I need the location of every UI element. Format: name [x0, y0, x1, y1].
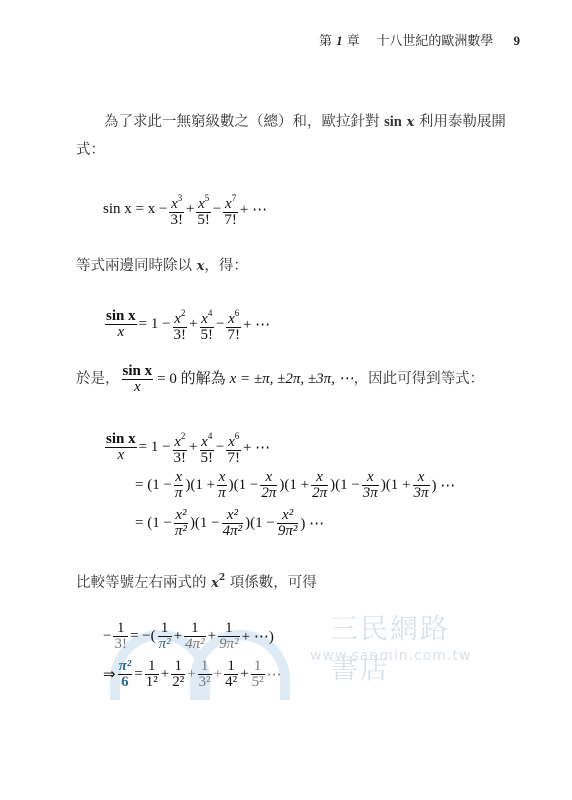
eq3-line-3: = (1 − x²π²)(1 − x²4π²)(1 − x²9π²) ⋯	[135, 504, 455, 542]
paragraph-1-line-1: 為了求此一無窮級數之（總）和，歐拉針對 sin x 利用泰勒展開	[104, 108, 506, 137]
chapter-number: 1	[336, 33, 343, 48]
watermark-text: 三民網路書店	[330, 607, 470, 687]
eq4-line-2: ⇒ π²6 = 11²+ 12²+ 13²+ 14²+ 15²⋯	[103, 655, 282, 693]
fraction: 15²	[251, 659, 265, 690]
equation-basel-result: − 13! = −( 1π²+ 14π²+ 19π²+ ⋯) ⇒ π²6 = 1…	[103, 617, 282, 693]
fraction-lhs: sin xx	[105, 432, 137, 463]
fraction: x55!	[196, 191, 211, 228]
chapter-title: 十八世紀的歐洲數學	[376, 34, 493, 49]
page-number: 9	[514, 33, 521, 48]
fraction: 11²	[145, 659, 159, 690]
text: 比較等號左右兩式的	[76, 575, 207, 591]
operator: −	[213, 201, 221, 218]
fraction: x45!	[200, 306, 215, 343]
eq-lhs: sin x = x −	[103, 201, 167, 218]
math-x: x	[211, 576, 219, 591]
operator: +	[186, 201, 194, 218]
operator: + ⋯	[240, 200, 267, 219]
watermark-url: www.sanmin.com.tw	[310, 648, 471, 664]
fraction: x3π	[362, 470, 379, 501]
equation-product-form: sin xx = 1 − x23! + x45! − x67! + ⋯ = (1…	[103, 428, 455, 542]
eq-rhs-start: = 1 −	[139, 316, 171, 333]
math-x: x	[406, 115, 414, 130]
fraction-lhs: sin xx	[105, 309, 137, 340]
fraction: x2π	[311, 470, 328, 501]
fraction: 13²	[198, 659, 212, 690]
paragraph-4: 比較等號左右兩式的 x2 項係數，可得	[76, 564, 317, 598]
fraction: x23!	[173, 429, 188, 466]
text: 等式兩邊同時除以	[76, 258, 192, 274]
fraction: xπ	[174, 470, 184, 501]
running-header: 第 1 章 十八世紀的歐洲數學 9	[319, 30, 520, 49]
solution-set: x = ±π, ±2π, ±3π, ⋯	[230, 365, 354, 393]
text: 為了求此一無窮級數之（總）和，歐拉針對	[104, 114, 380, 130]
fraction: x²9π²	[277, 508, 299, 539]
paragraph-2: 等式兩邊同時除以 x，得：	[76, 252, 248, 281]
chapter-suffix: 章	[347, 34, 360, 49]
math-exponent: 2	[219, 573, 225, 583]
fraction: 14²	[224, 659, 238, 690]
paragraph-3: 於是， sin xx = 0 的解為 x = ±π, ±2π, ±3π, ⋯ ，…	[76, 362, 484, 396]
text: 利用泰勒展開	[419, 114, 506, 130]
math-sin: sin	[384, 114, 402, 130]
eq3-line-2: = (1 − xπ)(1 + xπ)(1 − x2π)(1 + x2π)(1 −…	[135, 466, 455, 504]
paragraph-1-line-2: 式：	[76, 136, 105, 164]
fraction: 1π²	[158, 621, 172, 652]
eq4-line-1: − 13! = −( 1π²+ 14π²+ 19π²+ ⋯)	[103, 617, 282, 655]
inline-fraction: sin xx	[122, 364, 154, 395]
equation-sin-series: sin x = x − x33! + x55! − x77! + ⋯	[103, 190, 267, 228]
fraction: x67!	[226, 429, 241, 466]
fraction: x2π	[260, 470, 277, 501]
fraction: x45!	[200, 429, 215, 466]
fraction: x3π	[413, 470, 430, 501]
equation-sinx-over-x: sin xx = 1 − x23! + x45! − x67! + ⋯	[103, 305, 270, 343]
fraction: xπ	[217, 470, 227, 501]
text: 於是，	[76, 365, 120, 393]
chapter-prefix: 第	[319, 34, 332, 49]
fraction: 14π²	[184, 621, 206, 652]
text: ，得：	[204, 258, 248, 274]
text: ，因此可得到等式：	[354, 365, 485, 393]
fraction: x23!	[173, 306, 188, 343]
fraction: π²6	[118, 659, 133, 690]
fraction: x²π²	[174, 508, 188, 539]
fraction: x²4π²	[222, 508, 244, 539]
eq3-line-1: sin xx = 1 − x23! + x45! − x67! + ⋯	[103, 428, 455, 466]
fraction: 12²	[171, 659, 185, 690]
fraction: 13!	[113, 621, 128, 652]
text: = 0 的解為	[157, 365, 225, 393]
fraction: x33!	[169, 191, 184, 228]
text: 項係數，可得	[230, 575, 317, 591]
fraction: 19π²	[218, 621, 240, 652]
fraction: x67!	[226, 306, 241, 343]
fraction: x77!	[223, 191, 238, 228]
